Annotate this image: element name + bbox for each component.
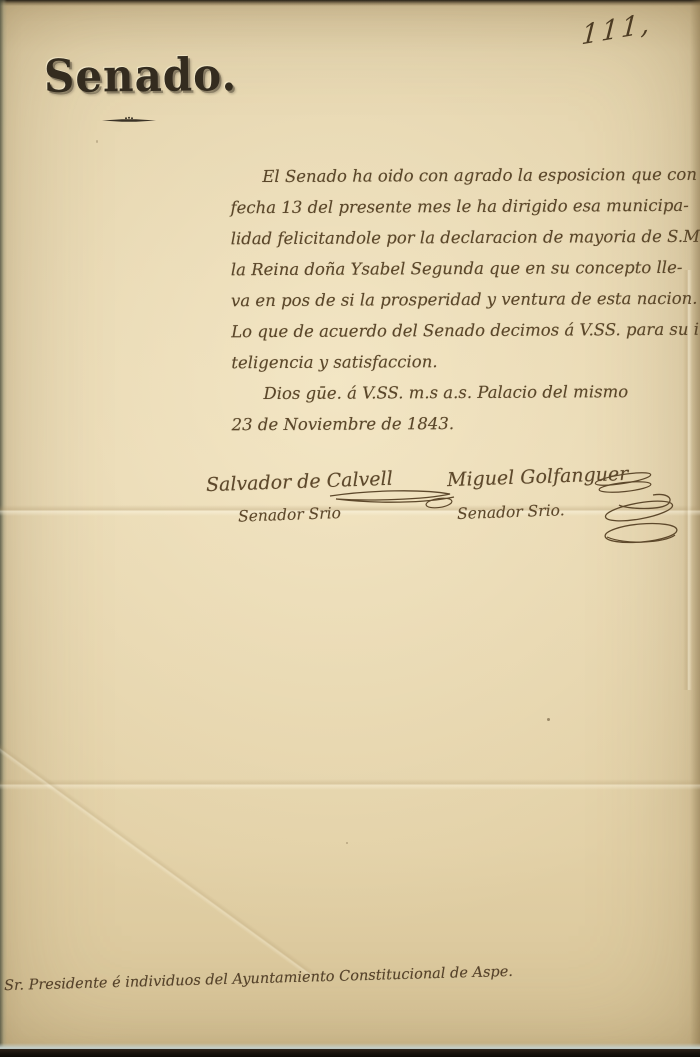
manuscript-line: lidad felicitandole por la declaracion d… bbox=[231, 221, 699, 254]
addressee-line: Sr. Presidente é individuos del Ayuntami… bbox=[4, 964, 513, 994]
manuscript-line: va en pos de si la prosperidad y ventura… bbox=[231, 283, 699, 316]
manuscript-dateline: Dios gūe. á V.SS. m.s a.s. Palacio del m… bbox=[231, 376, 699, 409]
page-top-edge bbox=[0, 0, 700, 6]
manuscript-dateline: 23 de Noviembre de 1843. bbox=[232, 407, 700, 440]
letterhead-ornament-icon bbox=[44, 110, 214, 129]
signature-block-right: Miguel Golfanguer Senador Srio. bbox=[447, 465, 687, 519]
signature-rubric-icon bbox=[595, 491, 679, 553]
ink-speck bbox=[96, 140, 98, 143]
letterhead: Senado. bbox=[44, 52, 214, 129]
manuscript-page: Senado. 111, El Senado ha oido con agrad… bbox=[0, 0, 700, 1057]
folio-number: 111, bbox=[580, 7, 653, 51]
manuscript-body: El Senado ha oido con agrado la esposici… bbox=[230, 159, 699, 440]
fold-crease-diagonal-left bbox=[0, 701, 315, 979]
letterhead-title: Senado. bbox=[44, 49, 214, 102]
ink-speck bbox=[547, 718, 550, 721]
manuscript-line: El Senado ha oido con agrado la esposici… bbox=[230, 159, 698, 192]
signature-block-left: Salvador de Calvell Senador Srio bbox=[206, 470, 446, 522]
fold-crease-horizontal-lower bbox=[0, 779, 700, 790]
manuscript-line: la Reina doña Ysabel Segunda que en su c… bbox=[231, 252, 699, 285]
signature-title: Senador Srio bbox=[238, 500, 447, 525]
ink-speck bbox=[346, 842, 348, 844]
manuscript-line: Lo que de acuerdo del Senado decimos á V… bbox=[231, 314, 699, 347]
page-bottom-edge-shadow bbox=[0, 1049, 700, 1057]
manuscript-line: teligencia y satisfaccion. bbox=[231, 345, 699, 378]
page-left-binding-edge bbox=[0, 0, 7, 1057]
manuscript-line: fecha 13 del presente mes le ha dirigido… bbox=[230, 190, 698, 223]
